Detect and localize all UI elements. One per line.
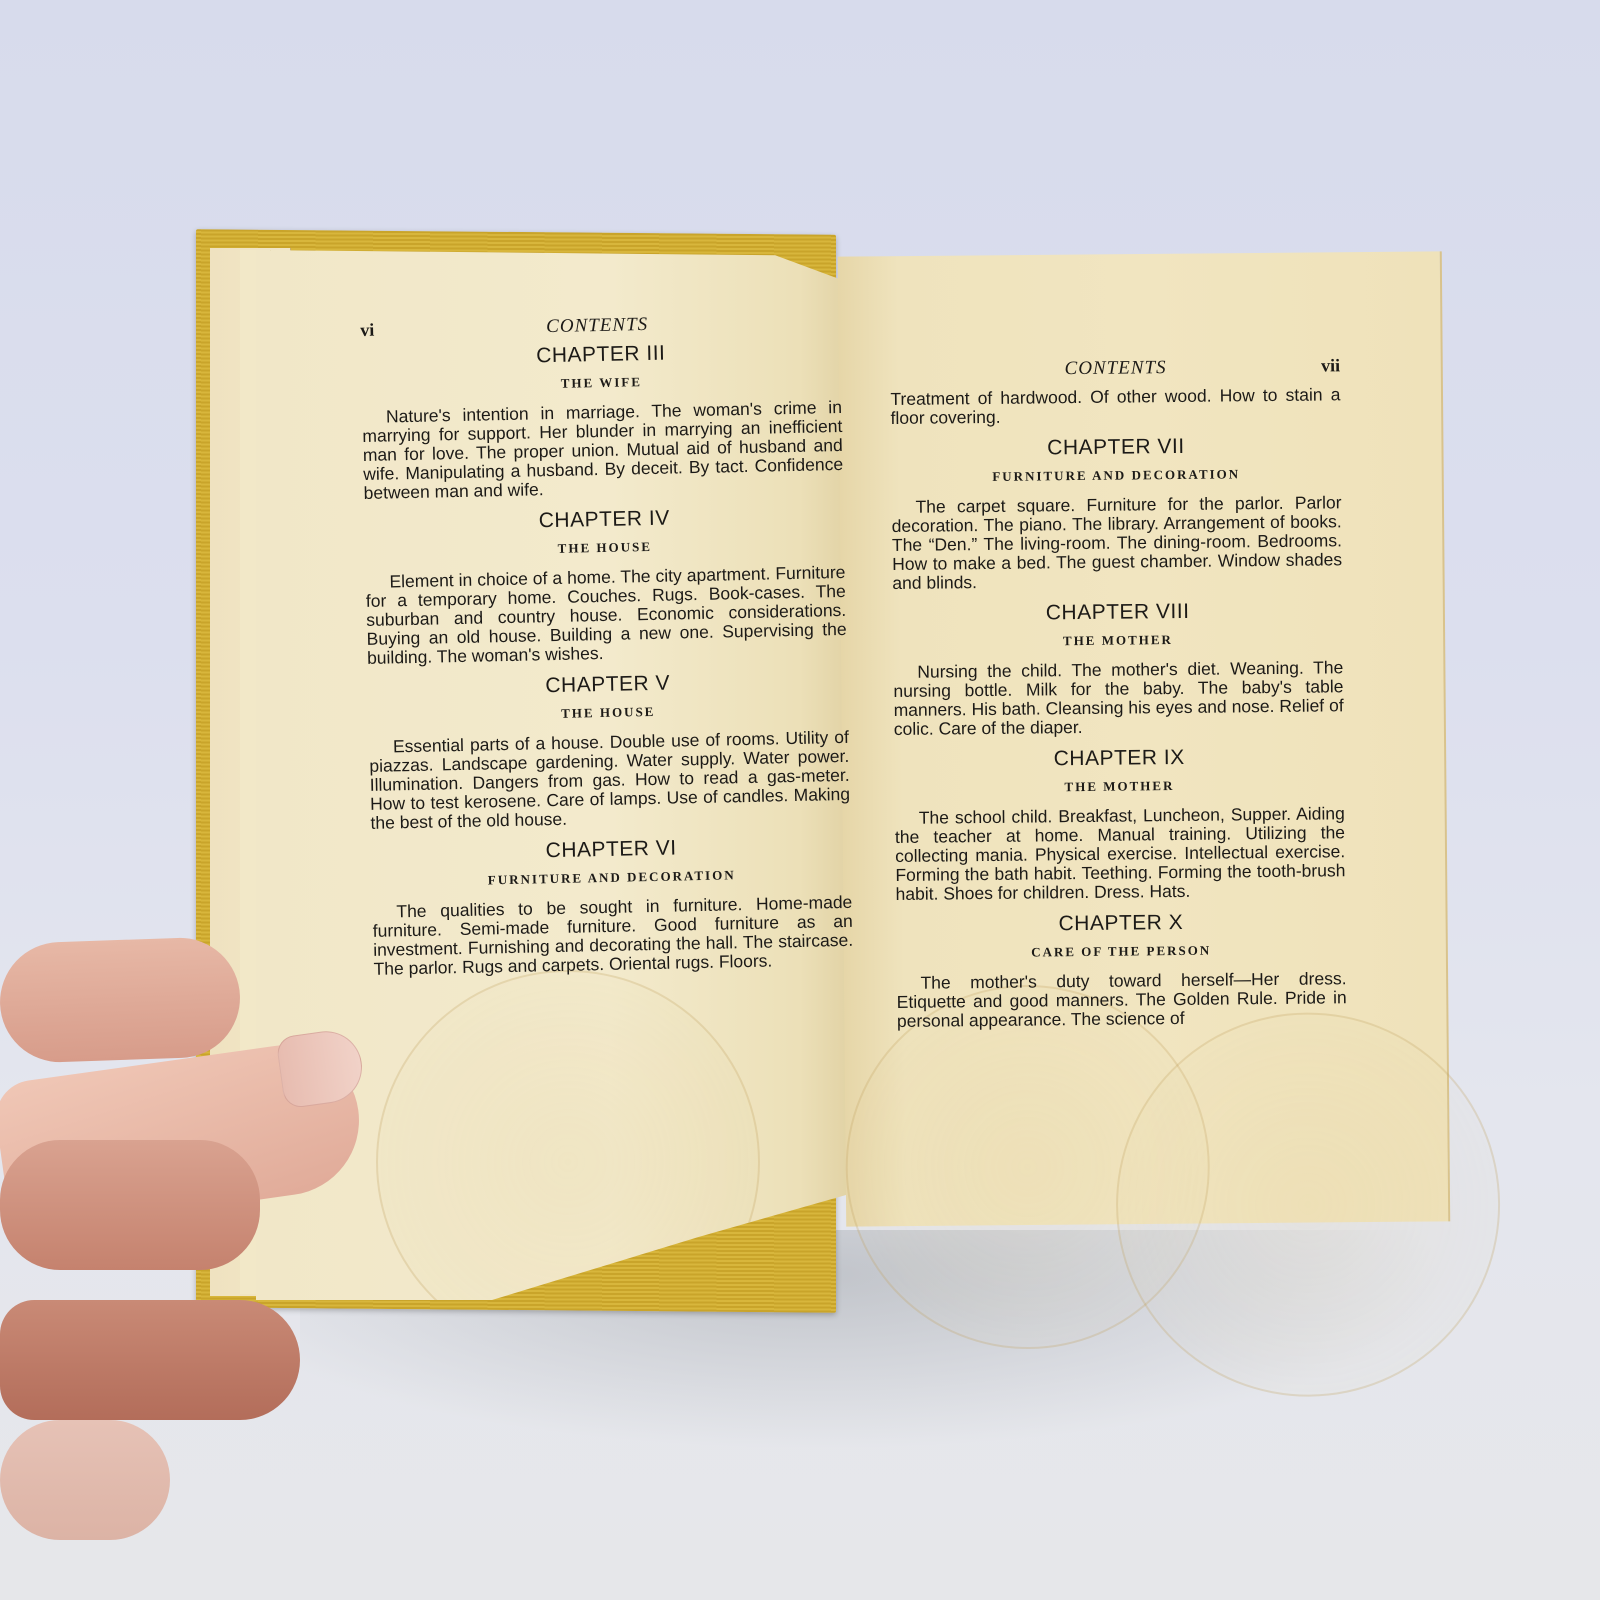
chapter-subtitle: CARE OF THE PERSON <box>896 941 1346 962</box>
chapter-subtitle: FURNITURE AND DECORATION <box>891 465 1341 486</box>
chapter-title: CHAPTER X <box>896 909 1346 938</box>
little-finger <box>0 1420 170 1540</box>
chapter-entry: CHAPTER V THE HOUSE Essential parts of a… <box>367 668 850 833</box>
running-head: CONTENTS vii <box>890 355 1340 382</box>
ring-finger <box>0 1300 300 1420</box>
middle-finger <box>0 1140 260 1270</box>
chapter-summary: The qualities to be sought in furniture.… <box>372 893 853 979</box>
page-number: vi <box>360 320 374 341</box>
chapter-entry: CHAPTER X CARE OF THE PERSON The mother'… <box>896 909 1347 1031</box>
photo-scene: vi CONTENTS CHAPTER III THE WIFE Nature'… <box>0 0 1600 1600</box>
chapter-summary: The mother's duty toward herself—Her dre… <box>896 969 1347 1031</box>
index-finger <box>0 936 242 1064</box>
chapter-summary: Nursing the child. The mother's diet. We… <box>893 658 1344 739</box>
chapter-subtitle: THE MOTHER <box>894 776 1344 797</box>
chapter-entry: CHAPTER VIII THE MOTHER Nursing the chil… <box>893 598 1344 739</box>
right-page-text: CONTENTS vii Treatment of hardwood. Of o… <box>890 355 1347 1041</box>
continued-summary: Treatment of hardwood. Of other wood. Ho… <box>890 385 1340 428</box>
chapter-summary: The school child. Breakfast, Luncheon, S… <box>895 804 1346 904</box>
chapter-summary: Nature's intention in marriage. The woma… <box>362 398 844 503</box>
chapter-title: CHAPTER VIII <box>893 598 1343 627</box>
chapter-entry: CHAPTER IV THE HOUSE Element in choice o… <box>364 503 847 668</box>
page-number: vii <box>1321 355 1340 376</box>
chapter-summary: The carpet square. Furniture for the par… <box>891 493 1342 593</box>
chapter-title: CHAPTER V <box>367 668 847 702</box>
water-stain <box>1114 1011 1501 1398</box>
chapter-title: CHAPTER IX <box>894 744 1344 773</box>
chapter-title: CHAPTER VII <box>891 433 1341 462</box>
chapter-entry: CHAPTER VI FURNITURE AND DECORATION The … <box>371 833 854 979</box>
chapter-subtitle: THE WIFE <box>361 370 841 396</box>
chapter-subtitle: THE HOUSE <box>365 535 845 561</box>
chapter-subtitle: THE MOTHER <box>893 630 1343 651</box>
chapter-entry: CHAPTER IX THE MOTHER The school child. … <box>894 744 1346 904</box>
chapter-title: CHAPTER IV <box>364 503 844 537</box>
chapter-title: CHAPTER VI <box>371 833 851 867</box>
running-head-title: CONTENTS <box>546 314 648 338</box>
chapter-title: CHAPTER III <box>361 338 841 372</box>
left-page-text: vi CONTENTS CHAPTER III THE WIFE Nature'… <box>360 310 854 989</box>
chapter-subtitle: FURNITURE AND DECORATION <box>372 865 852 891</box>
chapter-entry: CHAPTER VII FURNITURE AND DECORATION The… <box>891 433 1343 593</box>
chapter-entry: CHAPTER III THE WIFE Nature's intention … <box>361 338 844 503</box>
running-head-title: CONTENTS <box>1064 357 1166 380</box>
chapter-summary: Element in choice of a home. The city ap… <box>365 563 847 668</box>
chapter-subtitle: THE HOUSE <box>368 700 848 726</box>
chapter-summary: Essential parts of a house. Double use o… <box>369 728 851 833</box>
